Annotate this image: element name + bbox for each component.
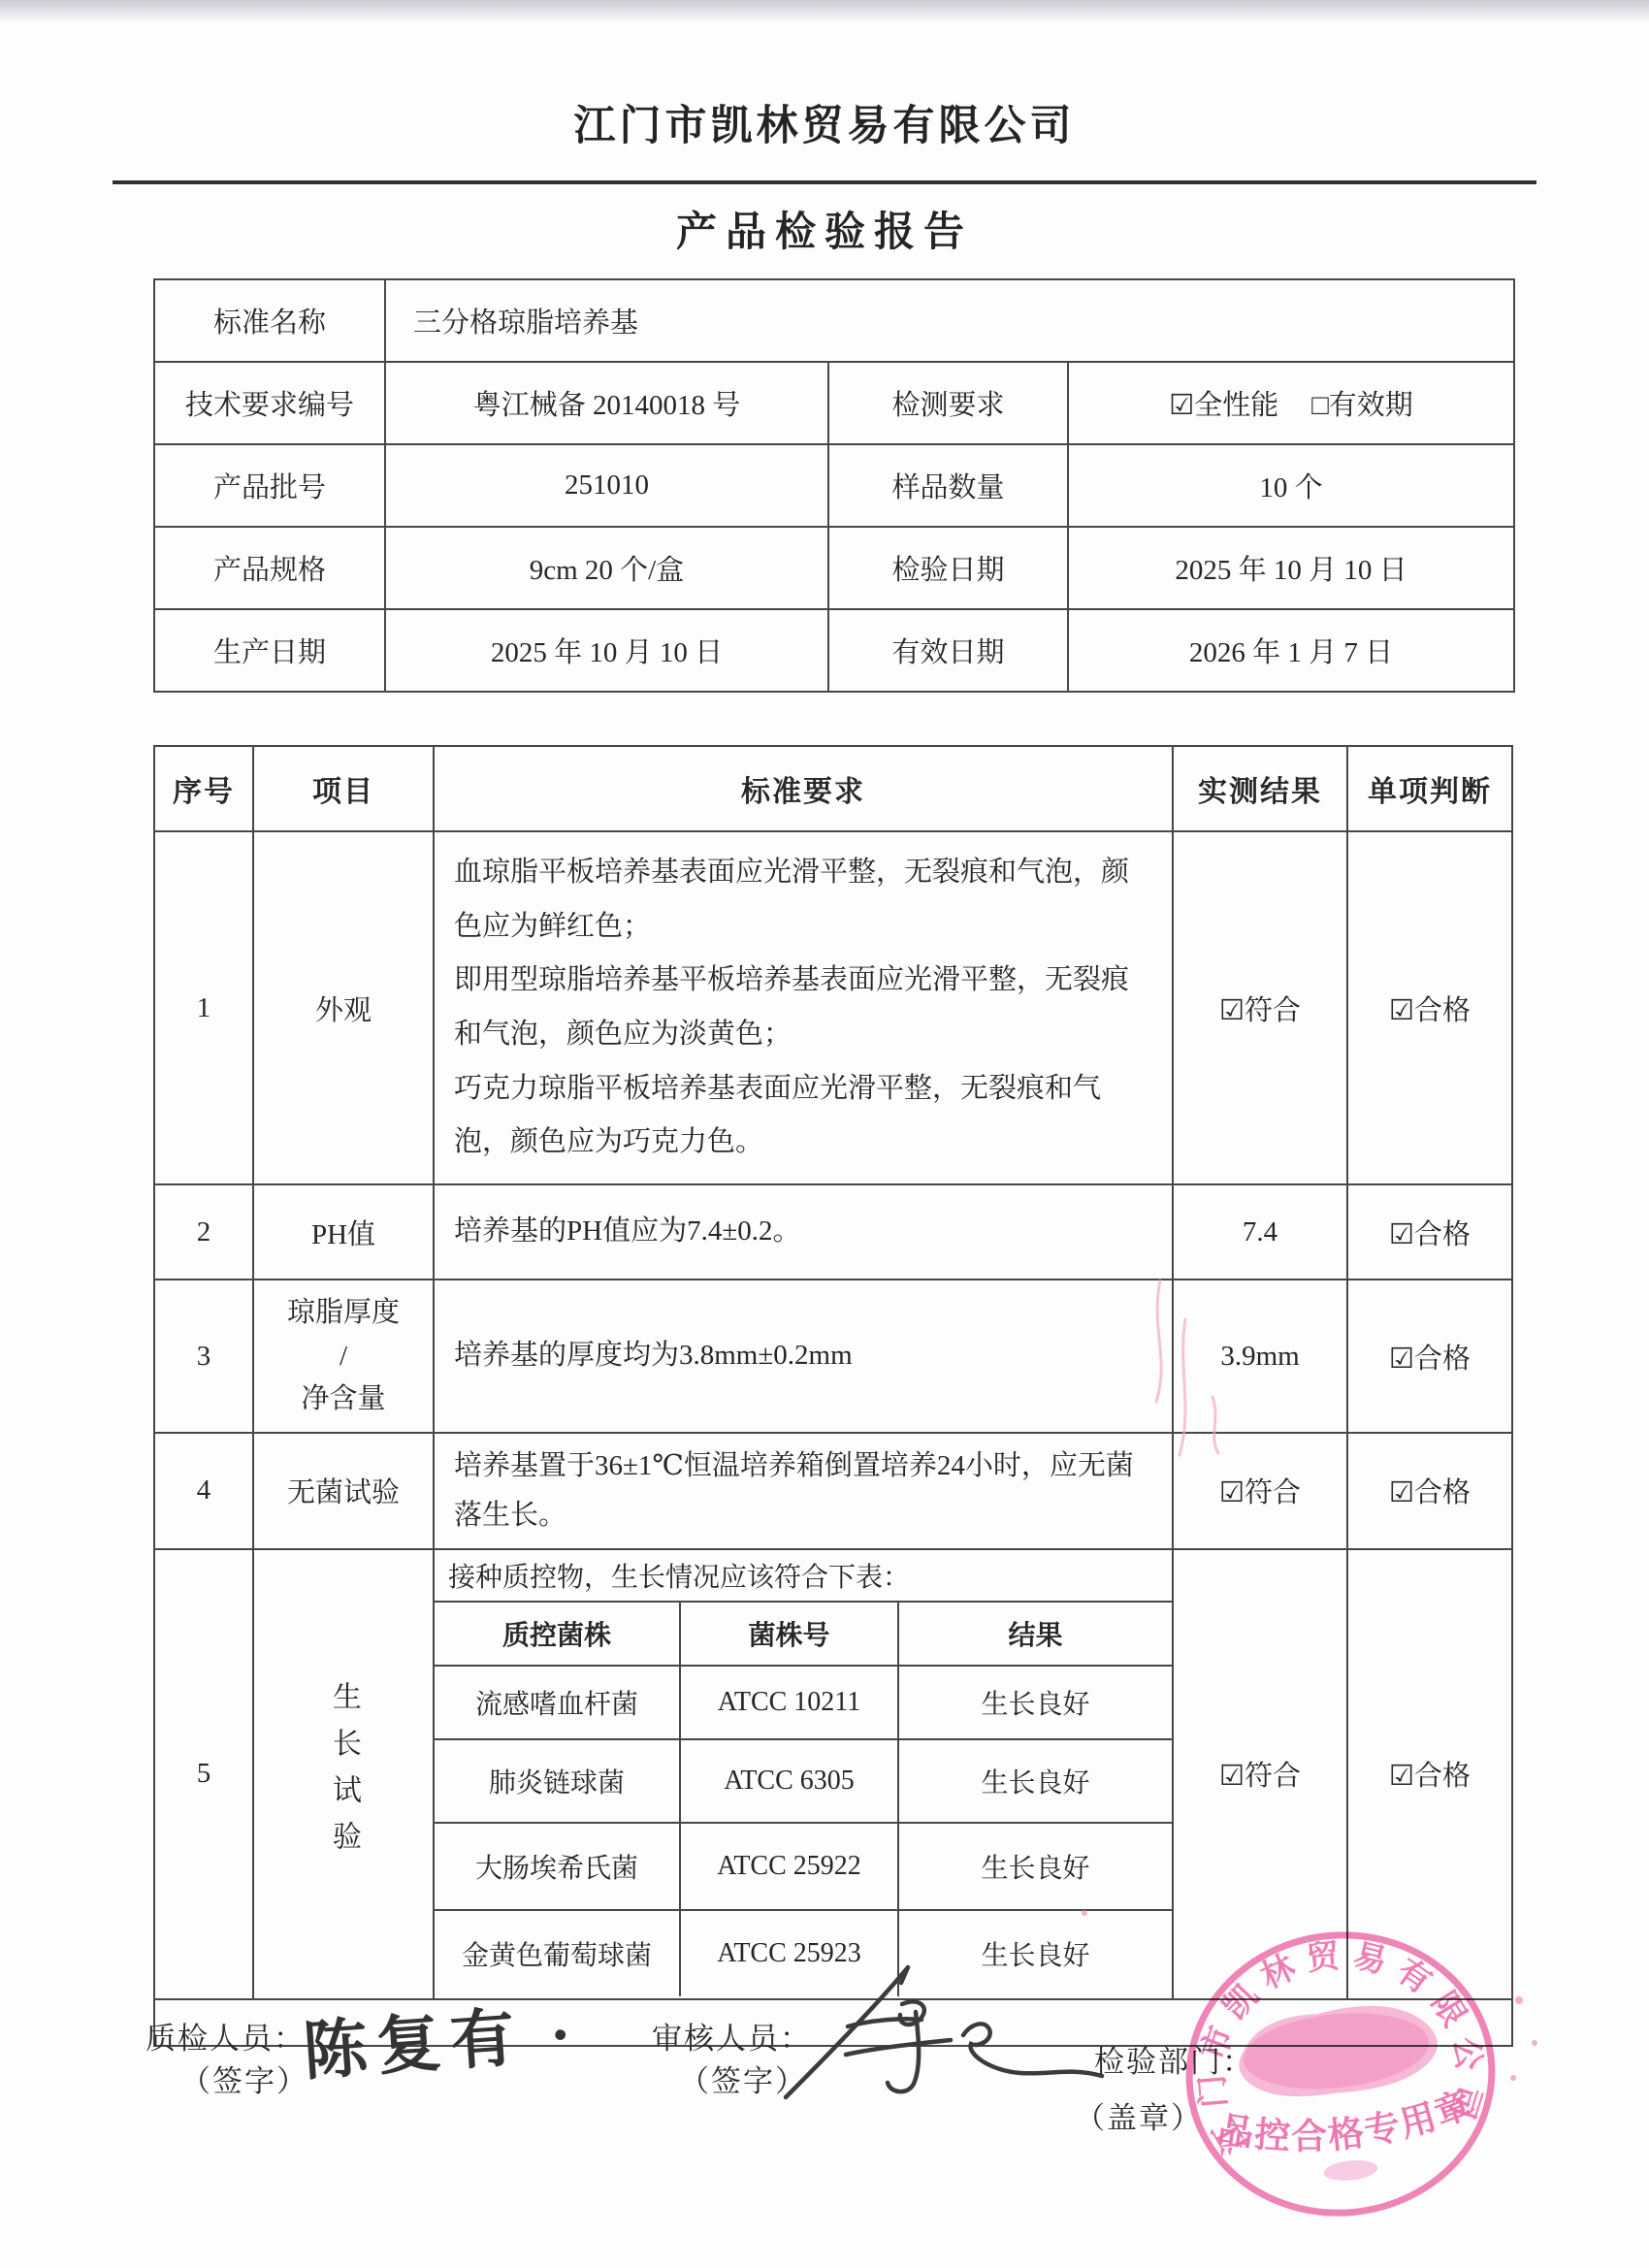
checked-box-full-performance: ☑全性能	[1169, 390, 1278, 421]
info-value-standard-name: 三分格琼脂培养基	[385, 279, 1514, 362]
row-no: 3	[154, 1280, 253, 1433]
table-row: 标准名称 三分格琼脂培养基	[154, 279, 1514, 362]
row-item: 琼脂厚度 / 净含量	[253, 1280, 434, 1433]
growth-table-row: 大肠埃希氏菌 ATCC 25922 生长良好	[435, 1822, 1172, 1909]
reviewer-signature-scribble	[776, 1930, 1106, 2154]
info-label-inspection-date: 检验日期	[828, 527, 1068, 609]
table-row: 产品批号 251010 样品数量 10 个	[154, 444, 1514, 527]
inspector-signature: 陈复有 ·	[300, 1981, 583, 2092]
col-header-seq: 序号	[154, 746, 253, 831]
row-item: PH值	[253, 1184, 434, 1280]
info-value-production-date: 2025 年 10 月 10 日	[385, 609, 828, 692]
growth-col-result: 结果	[897, 1603, 1172, 1665]
strain-result: 生长良好	[897, 1667, 1172, 1738]
growth-table-row: 流感嗜血杆菌 ATCC 10211 生长良好	[435, 1665, 1172, 1738]
growth-col-strain: 质控菌株	[435, 1603, 679, 1665]
table-row-thickness: 3 琼脂厚度 / 净含量 培养基的厚度均为3.8mm±0.2mm 3.9mm ☑…	[154, 1280, 1512, 1433]
empty-box-validity-period: □有效期	[1311, 390, 1413, 421]
growth-intro-text: 接种质控物，生长情况应该符合下表：	[435, 1550, 1172, 1601]
strain-name: 肺炎链球菌	[435, 1740, 679, 1822]
info-value-expiry-date: 2026 年 1 月 7 日	[1068, 609, 1514, 692]
report-title: 产品检验报告	[0, 200, 1649, 258]
row-no: 5	[154, 1549, 253, 1999]
row-item: 无菌试验	[253, 1433, 434, 1549]
requirement-line: 血琼脂平板培养基表面应光滑平整，无裂痕和气泡，颜色应为鲜红色；	[454, 846, 1152, 954]
table-row-appearance: 1 外观 血琼脂平板培养基表面应光滑平整，无裂痕和气泡，颜色应为鲜红色； 即用型…	[154, 831, 1512, 1184]
row-result: ☑符合	[1173, 1433, 1347, 1549]
vertical-item-label: 生长试验	[329, 1681, 358, 1867]
row-judgment: ☑合格	[1347, 1280, 1512, 1433]
inspection-result-table: 序号 项目 标准要求 实测结果 单项判断 1 外观 血琼脂平板培养基表面应光滑平…	[153, 745, 1513, 2047]
stamp-ink-smudge	[1323, 2158, 1379, 2184]
scan-edge-shading	[0, 0, 1649, 23]
strain-name: 大肠埃希氏菌	[435, 1824, 679, 1909]
info-value-tech-req-no: 粤江械备 20140018 号	[385, 362, 828, 444]
strain-result: 生长良好	[897, 1740, 1172, 1822]
row-result: 3.9mm	[1173, 1280, 1347, 1433]
company-name: 江门市凯林贸易有限公司	[0, 93, 1649, 152]
row-requirement: 培养基的厚度均为3.8mm±0.2mm	[434, 1280, 1173, 1433]
info-label-production-date: 生产日期	[154, 609, 385, 692]
strain-number: ATCC 6305	[679, 1740, 897, 1822]
info-value-sample-qty: 10 个	[1068, 444, 1514, 527]
item-line: 琼脂厚度	[255, 1291, 432, 1335]
company-qc-stamp: 江门市凯林贸易有限公司 品控合格专用章	[1163, 1910, 1518, 2237]
strain-number: ATCC 25922	[679, 1824, 897, 1909]
item-line: /	[255, 1335, 432, 1378]
row-no: 4	[154, 1433, 253, 1549]
table-row: 产品规格 9cm 20 个/盒 检验日期 2025 年 10 月 10 日	[154, 527, 1514, 609]
info-value-inspection-date: 2025 年 10 月 10 日	[1068, 527, 1514, 609]
inspector-label: 质检人员：	[145, 2014, 306, 2057]
info-label-tech-req-no: 技术要求编号	[154, 362, 385, 444]
row-result: 7.4	[1173, 1184, 1347, 1280]
row-item: 生长试验	[253, 1549, 434, 1999]
row-no: 1	[154, 831, 253, 1184]
info-value-batch-no: 251010	[385, 444, 828, 527]
info-label-sample-qty: 样品数量	[828, 444, 1068, 527]
stamp-banner-text: 品控合格专用章	[1211, 2082, 1481, 2169]
product-info-table: 标准名称 三分格琼脂培养基 技术要求编号 粤江械备 20140018 号 检测要…	[153, 278, 1515, 693]
row-item: 外观	[253, 831, 434, 1184]
table-row-ph: 2 PH值 培养基的PH值应为7.4±0.2。 7.4 ☑合格	[154, 1184, 1512, 1280]
report-page: 江门市凯林贸易有限公司 产品检验报告 标准名称 三分格琼脂培养基 技术要求编号 …	[0, 0, 1649, 2268]
row-requirement: 血琼脂平板培养基表面应光滑平整，无裂痕和气泡，颜色应为鲜红色； 即用型琼脂培养基…	[434, 831, 1173, 1184]
table-row: 生产日期 2025 年 10 月 10 日 有效日期 2026 年 1 月 7 …	[154, 609, 1514, 692]
strain-result: 生长良好	[897, 1824, 1172, 1909]
info-label-spec: 产品规格	[154, 527, 385, 609]
col-header-item: 项目	[253, 746, 434, 831]
col-header-judgment: 单项判断	[1347, 746, 1512, 831]
row-judgment: ☑合格	[1347, 1184, 1512, 1280]
col-header-result: 实测结果	[1173, 746, 1347, 831]
table-header-row: 序号 项目 标准要求 实测结果 单项判断	[154, 746, 1512, 831]
requirement-line: 即用型琼脂培养基平板培养基表面应光滑平整，无裂痕和气泡，颜色应为淡黄色；	[454, 954, 1152, 1061]
info-label-standard-name: 标准名称	[154, 279, 385, 362]
growth-col-strain-no: 菌株号	[679, 1603, 897, 1665]
row-result: ☑符合	[1173, 831, 1347, 1184]
header-divider	[113, 180, 1536, 184]
row-judgment: ☑合格	[1347, 1433, 1512, 1549]
info-label-expiry-date: 有效日期	[828, 609, 1068, 692]
inspector-sub-label: （签字）	[180, 2057, 308, 2100]
strain-name: 流感嗜血杆菌	[435, 1667, 679, 1738]
row-requirement: 培养基的PH值应为7.4±0.2。	[434, 1184, 1173, 1280]
col-header-requirement: 标准要求	[434, 746, 1173, 831]
requirement-line: 巧克力琼脂平板培养基表面应光滑平整，无裂痕和气泡，颜色应为巧克力色。	[454, 1062, 1152, 1170]
info-value-spec: 9cm 20 个/盒	[385, 527, 828, 609]
strain-number: ATCC 10211	[679, 1667, 897, 1738]
info-value-test-requirement: ☑全性能□有效期	[1068, 362, 1514, 444]
row-requirement: 培养基置于36±1℃恒温培养箱倒置培养24小时，应无菌落生长。	[434, 1433, 1173, 1549]
growth-table-header-row: 质控菌株 菌株号 结果	[435, 1601, 1172, 1665]
table-row: 技术要求编号 粤江械备 20140018 号 检测要求 ☑全性能□有效期	[154, 362, 1514, 444]
info-label-test-requirement: 检测要求	[828, 362, 1068, 444]
growth-table-row: 肺炎链球菌 ATCC 6305 生长良好	[435, 1738, 1172, 1822]
item-line: 净含量	[255, 1377, 432, 1421]
row-no: 2	[154, 1184, 253, 1280]
row-judgment: ☑合格	[1347, 831, 1512, 1184]
svg-text:品控合格专用章: 品控合格专用章	[1211, 2082, 1481, 2169]
info-label-batch-no: 产品批号	[154, 444, 385, 527]
table-row-sterility: 4 无菌试验 培养基置于36±1℃恒温培养箱倒置培养24小时，应无菌落生长。 ☑…	[154, 1433, 1512, 1549]
